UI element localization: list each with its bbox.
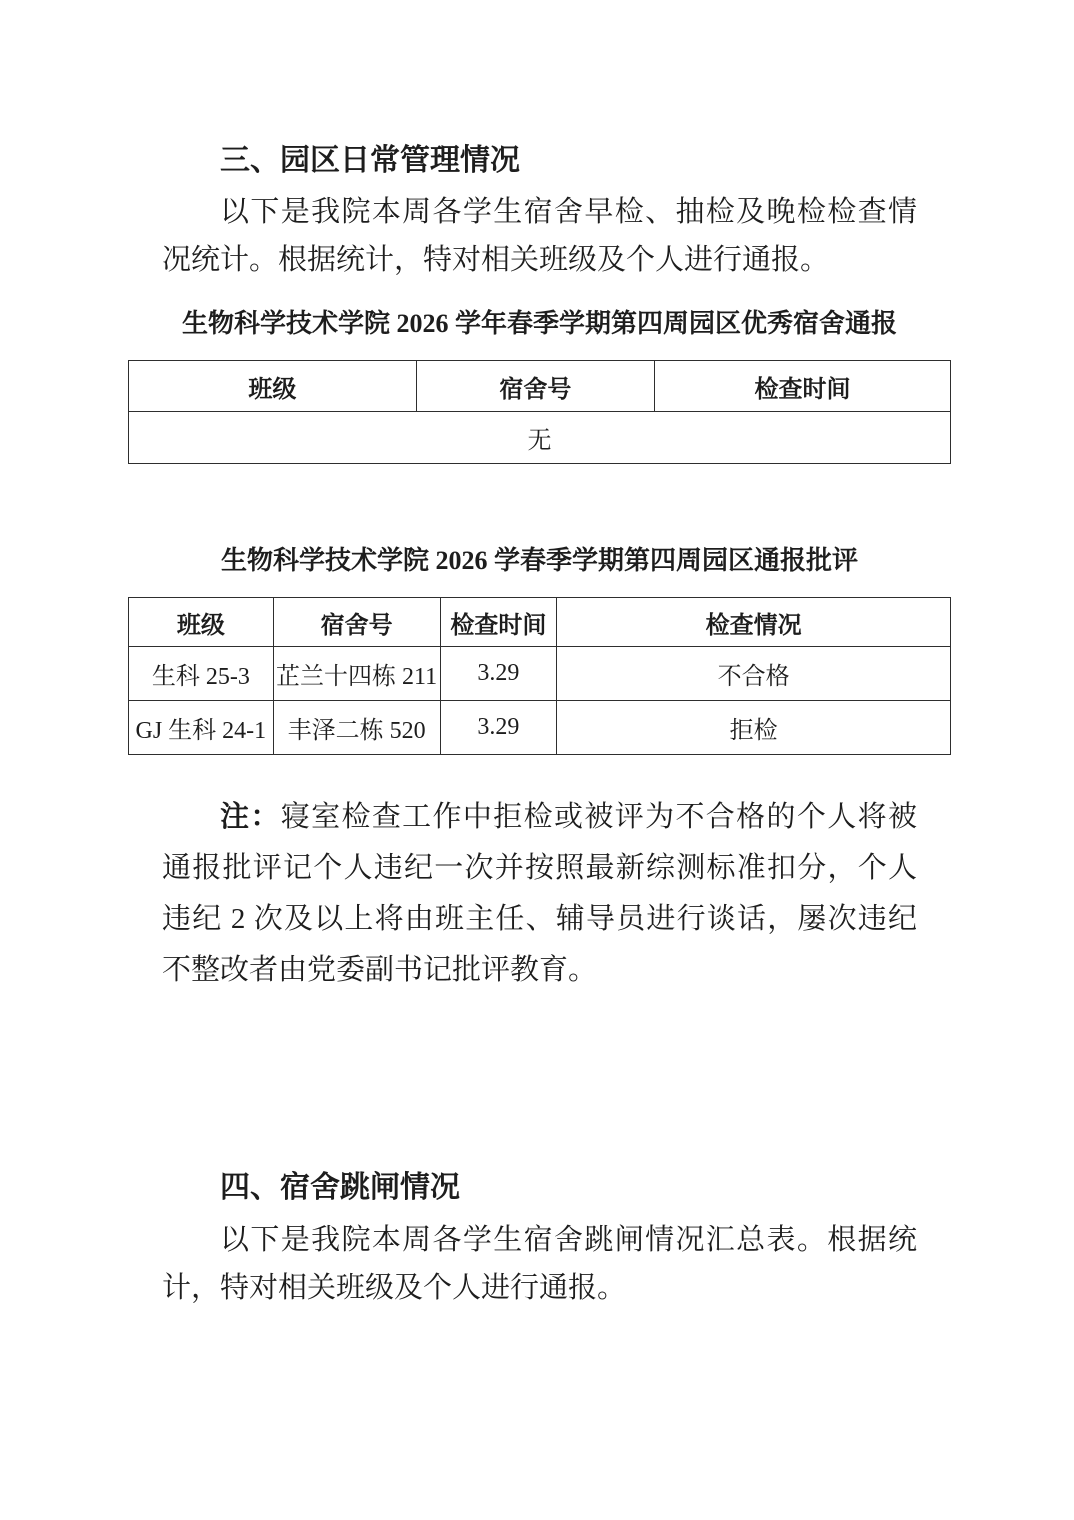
table-row: 无 [129,412,951,464]
header-cell-dorm: 宿舍号 [273,598,440,647]
header-cell-time: 检查时间 [440,598,557,647]
cell-result: 不合格 [557,647,951,701]
section-4-paragraph: 以下是我院本周各学生宿舍跳闸情况汇总表。根据统 计，特对相关班级及个人进行通报。 [162,1216,917,1312]
header-cell-class: 班级 [129,361,417,412]
header-cell-result: 检查情况 [557,598,951,647]
header-cell-time: 检查时间 [655,361,951,412]
paragraph-line: 以下是我院本周各学生宿舍跳闸情况汇总表。根据统 [162,1216,917,1264]
paragraph-line: 计，特对相关班级及个人进行通报。 [162,1264,917,1312]
cell-dorm: 芷兰十四栋 211 [273,647,440,701]
section-4-heading: 四、宿舍跳闸情况 [220,1172,460,1204]
cell-time: 3.29 [440,701,557,755]
cell-time: 3.29 [440,647,557,701]
cell-class: GJ 生科 24-1 [129,701,274,755]
criticism-table-title: 生物科学技术学院 2026 学春季学期第四周园区通报批评 [128,545,951,577]
section-3-paragraph: 以下是我院本周各学生宿舍早检、抽检及晚检检查情 况统计。根据统计，特对相关班级及… [162,188,917,284]
section-3-heading: 三、园区日常管理情况 [220,145,520,177]
excellent-dorm-table-title: 生物科学技术学院 2026 学年春季学期第四周园区优秀宿舍通报 [128,308,951,340]
document-page: 三、园区日常管理情况 以下是我院本周各学生宿舍早检、抽检及晚检检查情 况统计。根… [0,0,1074,1520]
paragraph-line: 不整改者由党委副书记批评教育。 [162,945,917,996]
criticism-table: 班级 宿舍号 检查时间 检查情况 生科 25-3 芷兰十四栋 211 3.29 … [128,597,951,755]
note-text: 寝室检查工作中拒检或被评为不合格的个人将被 [281,801,917,833]
paragraph-line: 况统计。根据统计，特对相关班级及个人进行通报。 [162,236,917,284]
note-label: 注： [220,801,281,833]
header-cell-class: 班级 [129,598,274,647]
table-row: GJ 生科 24-1 丰泽二栋 520 3.29 拒检 [129,701,951,755]
paragraph-line: 违纪 2 次及以上将由班主任、辅导员进行谈话，屡次违纪 [162,894,917,945]
cell-dorm: 丰泽二栋 520 [273,701,440,755]
paragraph-line: 通报批评记个人违纪一次并按照最新综测标准扣分，个人 [162,843,917,894]
header-cell-dorm: 宿舍号 [416,361,654,412]
cell-result: 拒检 [557,701,951,755]
empty-value-cell: 无 [129,412,951,464]
table-row: 生科 25-3 芷兰十四栋 211 3.29 不合格 [129,647,951,701]
table-header-row: 班级 宿舍号 检查时间 检查情况 [129,598,951,647]
paragraph-line: 以下是我院本周各学生宿舍早检、抽检及晚检检查情 [162,188,917,236]
table-header-row: 班级 宿舍号 检查时间 [129,361,951,412]
paragraph-line: 注：寝室检查工作中拒检或被评为不合格的个人将被 [162,792,917,843]
excellent-dorm-table: 班级 宿舍号 检查时间 无 [128,360,951,464]
cell-class: 生科 25-3 [129,647,274,701]
note-paragraph: 注：寝室检查工作中拒检或被评为不合格的个人将被 通报批评记个人违纪一次并按照最新… [162,792,917,996]
